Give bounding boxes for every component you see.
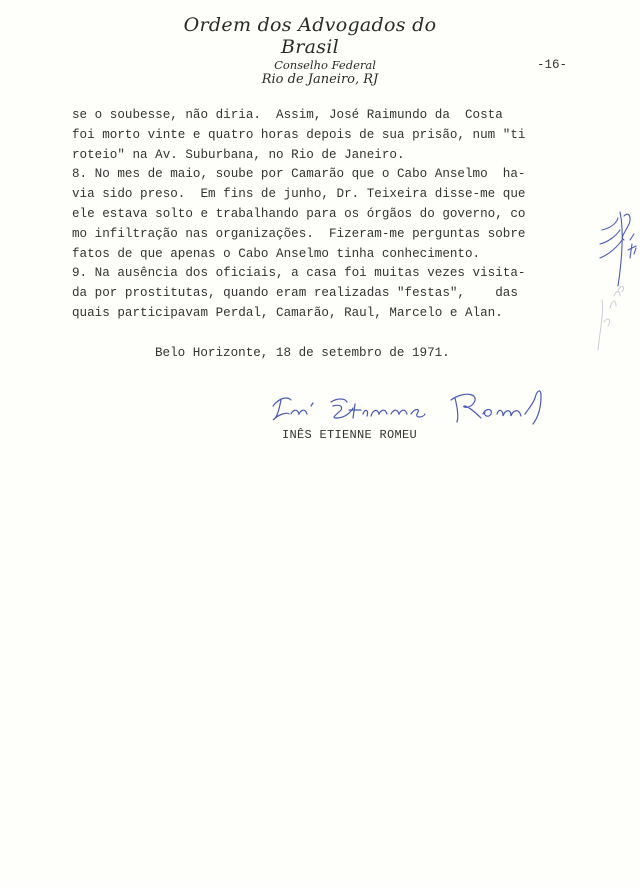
margin-initials-handwritten <box>590 200 638 370</box>
body-line: via sido preso. Em fins de junho, Dr. Te… <box>72 185 568 205</box>
letterhead: Ordem dos Advogados do Brasil Conselho F… <box>160 14 460 88</box>
body-line: se o soubesse, não diria. Assim, José Ra… <box>72 106 568 126</box>
place-date: Belo Horizonte, 18 de setembro de 1971. <box>155 346 450 360</box>
signer-name: INÊS ETIENNE ROMEU <box>282 428 417 442</box>
body-line: ele estava solto e trabalhando para os ó… <box>72 205 568 225</box>
letterhead-city: Rio de Janeiro, RJ <box>180 72 460 88</box>
body-line: quais participavam Perdal, Camarão, Raul… <box>72 304 568 324</box>
page-number: -16- <box>537 58 567 72</box>
body-line: foi morto vinte e quatro horas depois de… <box>72 126 568 146</box>
letterhead-council: Conselho Federal <box>190 58 460 72</box>
body-line: 8. No mes de maio, soube por Camarão que… <box>72 165 568 185</box>
letterhead-organization: Ordem dos Advogados do Brasil <box>160 14 460 58</box>
body-line: fatos de que apenas o Cabo Anselmo tinha… <box>72 245 568 265</box>
body-line: mo infiltração nas organizações. Fizeram… <box>72 225 568 245</box>
body-line: roteio" na Av. Suburbana, no Rio de Jane… <box>72 146 568 166</box>
body-text: se o soubesse, não diria. Assim, José Ra… <box>72 106 568 324</box>
body-line: 9. Na ausência dos oficiais, a casa foi … <box>72 264 568 284</box>
handwritten-signature <box>265 384 565 430</box>
body-line: da por prostitutas, quando eram realizad… <box>72 284 568 304</box>
